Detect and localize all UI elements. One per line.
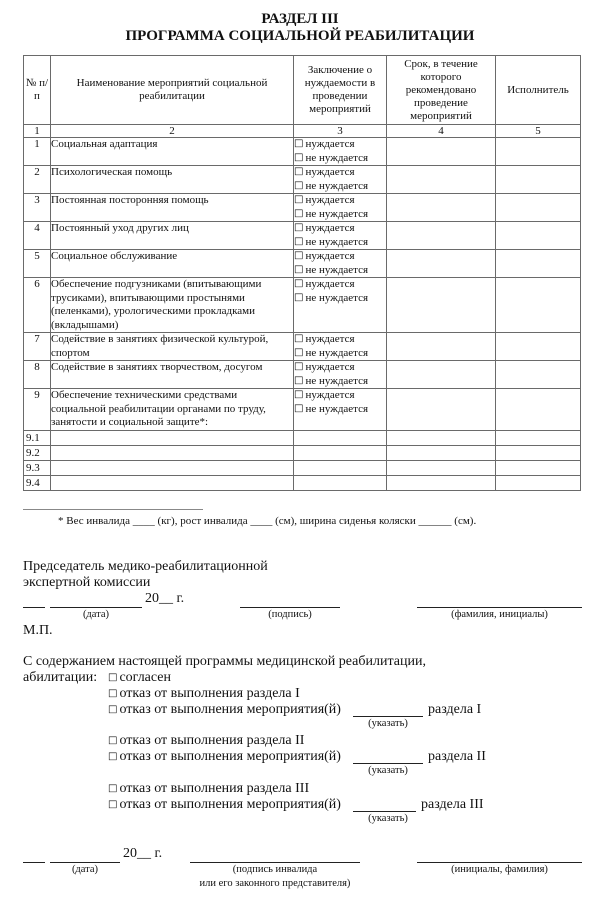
table-row: 1Социальная адаптация□нуждается□не нужда… <box>24 138 581 166</box>
specify-blank-2[interactable] <box>353 763 423 764</box>
row-number: 8 <box>24 361 51 389</box>
option-label: отказ от выполнения раздела III <box>119 781 309 796</box>
checkbox-icon[interactable]: □ <box>294 361 303 372</box>
checkbox-icon[interactable]: □ <box>294 166 303 177</box>
need-conclusion-cell[interactable] <box>294 460 387 475</box>
option-label: отказ от выполнения мероприятия(й) <box>119 749 341 764</box>
table-subrow: 9.2 <box>24 445 581 460</box>
executor-cell[interactable] <box>496 278 581 333</box>
option-not-needs[interactable]: □не нуждается <box>294 152 386 166</box>
chairman-title-line1: Председатель медико-реабилитационной <box>23 559 268 575</box>
need-conclusion-cell: □нуждается□не нуждается <box>294 389 387 431</box>
term-cell[interactable] <box>387 445 496 460</box>
term-cell[interactable] <box>387 250 496 278</box>
table-row: 5Социальное обслуживание□нуждается□не ну… <box>24 250 581 278</box>
name-caption: (инициалы, фамилия) <box>417 864 582 875</box>
footnote: * Вес инвалида ____ (кг), рост инвалида … <box>58 515 476 527</box>
column-number: 2 <box>51 125 294 138</box>
option-label: не нуждается <box>305 375 368 387</box>
executor-cell[interactable] <box>496 389 581 431</box>
table-row: 4Постоянный уход других лиц□нуждается□не… <box>24 222 581 250</box>
option-label: отказ от выполнения мероприятия(й) <box>119 702 341 717</box>
specify-blank-1[interactable] <box>353 716 423 717</box>
checkbox-icon[interactable]: □ <box>294 375 303 386</box>
specify-caption: (указать) <box>353 718 423 729</box>
need-conclusion-cell: □нуждается□не нуждается <box>294 222 387 250</box>
term-cell[interactable] <box>387 389 496 431</box>
option-not-needs[interactable]: □не нуждается <box>294 236 386 250</box>
consent-option-refuse-section-2[interactable]: □отказ от выполнения раздела II <box>108 733 304 749</box>
date-caption: (дата) <box>50 864 120 875</box>
measure-name: Социальная адаптация <box>51 138 294 166</box>
term-cell[interactable] <box>387 333 496 361</box>
term-cell[interactable] <box>387 138 496 166</box>
column-header-executor: Исполнитель <box>496 56 581 125</box>
table-subrow: 9.1 <box>24 430 581 445</box>
measure-name-cell[interactable] <box>51 460 294 475</box>
name-caption: (фамилия, инициалы) <box>417 609 582 620</box>
day-blank[interactable] <box>23 607 45 608</box>
option-needs[interactable]: □нуждается <box>294 333 386 347</box>
option-label: отказ от выполнения раздела II <box>119 733 304 748</box>
checkbox-icon[interactable]: □ <box>294 264 303 275</box>
term-cell[interactable] <box>387 166 496 194</box>
column-header-name: Наименование мероприятий социальной реаб… <box>51 56 294 125</box>
option-needs[interactable]: □нуждается <box>294 222 386 236</box>
executor-cell[interactable] <box>496 138 581 166</box>
specify-blank-3[interactable] <box>353 811 416 812</box>
executor-cell[interactable] <box>496 460 581 475</box>
option-not-needs[interactable]: □не нуждается <box>294 347 386 361</box>
table-row: 9Обеспечение техническими средствами соц… <box>24 389 581 431</box>
signature-blank[interactable] <box>240 607 340 608</box>
checkbox-icon[interactable]: □ <box>294 278 303 289</box>
need-conclusion-cell: □нуждается□не нуждается <box>294 166 387 194</box>
row-number: 9.3 <box>24 460 51 475</box>
option-label: не нуждается <box>305 152 368 164</box>
month-blank[interactable] <box>50 862 120 863</box>
checkbox-icon[interactable]: □ <box>294 403 303 414</box>
option-not-needs[interactable]: □не нуждается <box>294 292 386 306</box>
option-label: не нуждается <box>305 236 368 248</box>
page-title: ПРОГРАММА СОЦИАЛЬНОЙ РЕАБИЛИТАЦИИ <box>0 28 600 44</box>
section-suffix-3: раздела III <box>421 797 484 813</box>
measure-name: Постоянный уход других лиц <box>51 222 294 250</box>
section-suffix-1: раздела I <box>428 702 481 718</box>
option-label: нуждается <box>305 333 354 345</box>
year-label: 20__ г. <box>123 846 162 862</box>
option-label: нуждается <box>305 138 354 150</box>
option-label: нуждается <box>305 361 354 373</box>
option-label: нуждается <box>305 250 354 262</box>
option-not-needs[interactable]: □не нуждается <box>294 403 386 417</box>
need-conclusion-cell: □нуждается□не нуждается <box>294 333 387 361</box>
row-number: 3 <box>24 194 51 222</box>
row-number: 4 <box>24 222 51 250</box>
checkbox-icon[interactable]: □ <box>294 194 303 205</box>
measure-name-cell[interactable] <box>51 445 294 460</box>
checkbox-icon[interactable]: □ <box>108 688 117 699</box>
option-needs[interactable]: □нуждается <box>294 166 386 180</box>
option-not-needs[interactable]: □не нуждается <box>294 264 386 278</box>
signature-blank[interactable] <box>190 862 360 863</box>
checkbox-icon[interactable]: □ <box>294 180 303 191</box>
table-row: 3Постоянная посторонняя помощь□нуждается… <box>24 194 581 222</box>
consent-option-refuse-measures-1[interactable]: □отказ от выполнения мероприятия(й) <box>108 702 341 718</box>
specify-caption: (указать) <box>353 765 423 776</box>
checkbox-icon[interactable]: □ <box>294 138 303 149</box>
term-cell[interactable] <box>387 361 496 389</box>
checkbox-icon[interactable]: □ <box>294 208 303 219</box>
option-needs[interactable]: □нуждается <box>294 138 386 152</box>
column-number: 1 <box>24 125 51 138</box>
option-needs[interactable]: □нуждается <box>294 361 386 375</box>
name-blank[interactable] <box>417 607 582 608</box>
option-not-needs[interactable]: □не нуждается <box>294 208 386 222</box>
need-conclusion-cell: □нуждается□не нуждается <box>294 194 387 222</box>
checkbox-icon[interactable]: □ <box>108 799 117 810</box>
term-cell[interactable] <box>387 278 496 333</box>
column-number: 3 <box>294 125 387 138</box>
checkbox-icon[interactable]: □ <box>294 222 303 233</box>
term-cell[interactable] <box>387 460 496 475</box>
consent-option-refuse-section-1[interactable]: □отказ от выполнения раздела I <box>108 686 300 702</box>
option-needs[interactable]: □нуждается <box>294 278 386 292</box>
checkbox-icon[interactable]: □ <box>294 236 303 247</box>
option-needs[interactable]: □нуждается <box>294 194 386 208</box>
measure-name-cell[interactable] <box>51 430 294 445</box>
need-conclusion-cell: □нуждается□не нуждается <box>294 278 387 333</box>
term-cell[interactable] <box>387 475 496 490</box>
row-number: 6 <box>24 278 51 333</box>
term-cell[interactable] <box>387 430 496 445</box>
stamp-label: М.П. <box>23 623 53 639</box>
executor-cell[interactable] <box>496 222 581 250</box>
executor-cell[interactable] <box>496 166 581 194</box>
option-label: нуждается <box>305 278 354 290</box>
row-number: 2 <box>24 166 51 194</box>
need-conclusion-cell: □нуждается□не нуждается <box>294 250 387 278</box>
option-label: не нуждается <box>305 208 368 220</box>
checkbox-icon[interactable]: □ <box>108 704 117 715</box>
table-subrow: 9.3 <box>24 460 581 475</box>
rehab-program-table: № п/п Наименование мероприятий социально… <box>23 55 581 491</box>
option-label: не нуждается <box>305 403 368 415</box>
section-suffix-2: раздела II <box>428 749 486 765</box>
measure-name-cell[interactable] <box>51 475 294 490</box>
signature-caption-line2: или его законного представителя) <box>190 878 360 889</box>
table-subrow: 9.4 <box>24 475 581 490</box>
option-label: не нуждается <box>305 264 368 276</box>
consent-option-refuse-section-3[interactable]: □отказ от выполнения раздела III <box>108 781 309 797</box>
column-number: 5 <box>496 125 581 138</box>
option-label: не нуждается <box>305 180 368 192</box>
checkbox-icon[interactable]: □ <box>108 672 117 683</box>
table-row: 2Психологическая помощь□нуждается□не нуж… <box>24 166 581 194</box>
need-conclusion-cell[interactable] <box>294 445 387 460</box>
section-heading: РАЗДЕЛ III <box>0 11 600 27</box>
column-number: 4 <box>387 125 496 138</box>
date-caption: (дата) <box>50 609 142 620</box>
checkbox-icon[interactable]: □ <box>108 735 117 746</box>
option-label: не нуждается <box>305 292 368 304</box>
need-conclusion-cell: □нуждается□не нуждается <box>294 138 387 166</box>
measure-name: Психологическая помощь <box>51 166 294 194</box>
year-label: 20__ г. <box>145 591 184 607</box>
consent-option-agree[interactable]: □согласен <box>108 670 171 686</box>
consent-option-refuse-measures-2[interactable]: □отказ от выполнения мероприятия(й) <box>108 749 341 765</box>
checkbox-icon[interactable]: □ <box>108 751 117 762</box>
consent-intro: С содержанием настоящей программы медици… <box>23 654 426 670</box>
row-number: 7 <box>24 333 51 361</box>
checkbox-icon[interactable]: □ <box>294 333 303 344</box>
checkbox-icon[interactable]: □ <box>294 292 303 303</box>
option-label: согласен <box>119 670 171 685</box>
row-number: 9.1 <box>24 430 51 445</box>
option-label: отказ от выполнения мероприятия(й) <box>119 797 341 812</box>
checkbox-icon[interactable]: □ <box>108 783 117 794</box>
executor-cell[interactable] <box>496 361 581 389</box>
option-label: нуждается <box>305 222 354 234</box>
executor-cell[interactable] <box>496 445 581 460</box>
option-not-needs[interactable]: □не нуждается <box>294 375 386 389</box>
table-row: 6Обеспечение подгузниками (впитывающими … <box>24 278 581 333</box>
need-conclusion-cell: □нуждается□не нуждается <box>294 361 387 389</box>
executor-cell[interactable] <box>496 475 581 490</box>
signature-caption: (подпись) <box>240 609 340 620</box>
row-number: 9.2 <box>24 445 51 460</box>
option-needs[interactable]: □нуждается <box>294 250 386 264</box>
need-conclusion-cell[interactable] <box>294 475 387 490</box>
option-not-needs[interactable]: □не нуждается <box>294 180 386 194</box>
measure-name: Социальное обслуживание <box>51 250 294 278</box>
term-cell[interactable] <box>387 222 496 250</box>
option-label: нуждается <box>305 194 354 206</box>
measure-name: Обеспечение подгузниками (впитывающими т… <box>51 278 294 333</box>
table-header-row: № п/п Наименование мероприятий социально… <box>24 56 581 125</box>
checkbox-icon[interactable]: □ <box>294 250 303 261</box>
option-label: отказ от выполнения раздела I <box>119 686 299 701</box>
chairman-title-line2: экспертной комиссии <box>23 575 150 591</box>
checkbox-icon[interactable]: □ <box>294 152 303 163</box>
checkbox-icon[interactable]: □ <box>294 347 303 358</box>
executor-cell[interactable] <box>496 333 581 361</box>
day-blank[interactable] <box>23 862 45 863</box>
name-blank[interactable] <box>417 862 582 863</box>
table-row: 8Содействие в занятиях творчеством, досу… <box>24 361 581 389</box>
column-header-term: Срок, в течение которого рекомендовано п… <box>387 56 496 125</box>
executor-cell[interactable] <box>496 430 581 445</box>
footnote-divider <box>23 509 203 510</box>
month-blank[interactable] <box>50 607 142 608</box>
table-row: 7Содействие в занятиях физической культу… <box>24 333 581 361</box>
column-numbers-row: 1 2 3 4 5 <box>24 125 581 138</box>
measure-name: Постоянная посторонняя помощь <box>51 194 294 222</box>
measure-name: Содействие в занятиях физической культур… <box>51 333 294 361</box>
row-number: 5 <box>24 250 51 278</box>
row-number: 1 <box>24 138 51 166</box>
executor-cell[interactable] <box>496 194 581 222</box>
signature-caption-line1: (подпись инвалида <box>190 864 360 875</box>
option-label: нуждается <box>305 166 354 178</box>
consent-label: абилитации: <box>23 670 97 686</box>
need-conclusion-cell[interactable] <box>294 430 387 445</box>
column-header-conclusion: Заключение о нуждаемости в проведении ме… <box>294 56 387 125</box>
measure-name: Содействие в занятиях творчеством, досуг… <box>51 361 294 389</box>
option-needs[interactable]: □нуждается <box>294 389 386 403</box>
checkbox-icon[interactable]: □ <box>294 389 303 400</box>
executor-cell[interactable] <box>496 250 581 278</box>
consent-option-refuse-measures-3[interactable]: □отказ от выполнения мероприятия(й) <box>108 797 341 813</box>
measure-name: Обеспечение техническими средствами соци… <box>51 389 294 431</box>
row-number: 9.4 <box>24 475 51 490</box>
option-label: нуждается <box>305 389 354 401</box>
column-header-number: № п/п <box>24 56 51 125</box>
option-label: не нуждается <box>305 347 368 359</box>
term-cell[interactable] <box>387 194 496 222</box>
specify-caption: (указать) <box>353 813 423 824</box>
row-number: 9 <box>24 389 51 431</box>
